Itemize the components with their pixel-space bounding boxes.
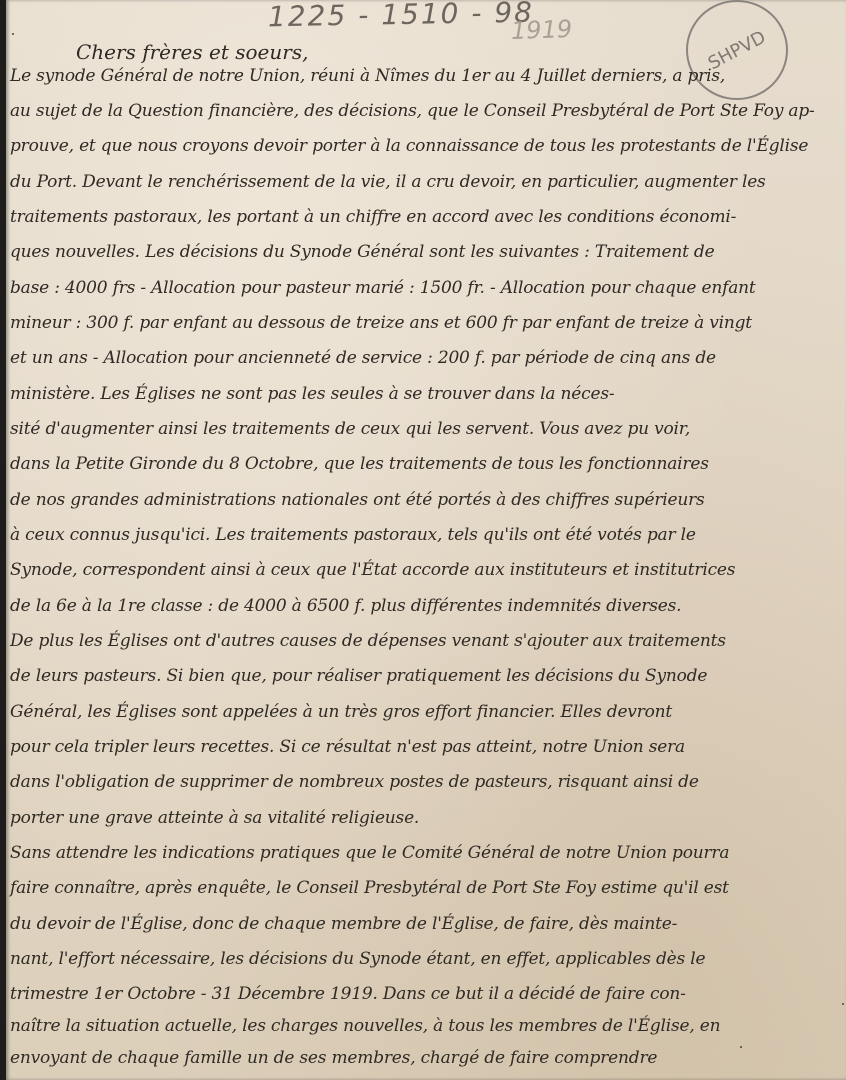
text-line: à ceux connus jusqu'ici. Les traitements… [10, 525, 696, 545]
letter-page: 1225 - 1510 - 98 1919 SHPVD Chers frères… [6, 0, 846, 1080]
text-line: porter une grave atteinte à sa vitalité … [10, 808, 419, 828]
salutation: Chers frères et soeurs, [76, 40, 308, 64]
text-line: envoyant de chaque famille un de ses mem… [10, 1048, 657, 1068]
text-line: de nos grandes administrations nationale… [10, 490, 705, 510]
ink-speck [740, 1046, 742, 1048]
text-line: Général, les Églises sont appelées à un … [10, 702, 672, 722]
ink-speck [842, 1003, 844, 1005]
text-line: prouve, et que nous croyons devoir porte… [10, 136, 808, 156]
text-line: Sans attendre les indications pratiques … [10, 843, 729, 863]
year-annotation: 1919 [511, 15, 573, 45]
archive-reference: 1225 - 1510 - 98 [268, 0, 534, 33]
text-line: pour cela tripler leurs recettes. Si ce … [10, 737, 685, 757]
text-line: sité d'augmenter ainsi les traitements d… [10, 419, 690, 439]
text-line: ministère. Les Églises ne sont pas les s… [10, 384, 614, 404]
text-line: du devoir de l'Église, donc de chaque me… [10, 914, 677, 934]
text-line: et un ans - Allocation pour ancienneté d… [10, 348, 716, 368]
text-line: du Port. Devant le renchérissement de la… [10, 172, 766, 192]
text-line: au sujet de la Question financière, des … [10, 101, 815, 121]
text-line: De plus les Églises ont d'autres causes … [10, 631, 726, 651]
text-line: dans l'obligation de supprimer de nombre… [10, 772, 699, 792]
text-line: dans la Petite Gironde du 8 Octobre, que… [10, 454, 709, 474]
text-line: trimestre 1er Octobre - 31 Décembre 1919… [10, 984, 686, 1004]
text-line: base : 4000 frs - Allocation pour pasteu… [10, 278, 756, 298]
text-line: ques nouvelles. Les décisions du Synode … [10, 242, 714, 262]
text-line: mineur : 300 f. par enfant au dessous de… [10, 313, 752, 333]
text-line: naître la situation actuelle, les charge… [10, 1016, 720, 1036]
text-line: nant, l'effort nécessaire, les décisions… [10, 949, 705, 969]
ink-speck [12, 33, 14, 35]
text-line: traitements pastoraux, les portant à un … [10, 207, 736, 227]
text-line: de la 6e à la 1re classe : de 4000 à 650… [10, 596, 681, 616]
text-line: Synode, correspondent ainsi à ceux que l… [10, 560, 735, 580]
text-line: Le synode Général de notre Union, réuni … [10, 66, 725, 86]
text-line: faire connaître, après enquête, le Conse… [10, 878, 729, 898]
text-line: de leurs pasteurs. Si bien que, pour réa… [10, 666, 707, 686]
